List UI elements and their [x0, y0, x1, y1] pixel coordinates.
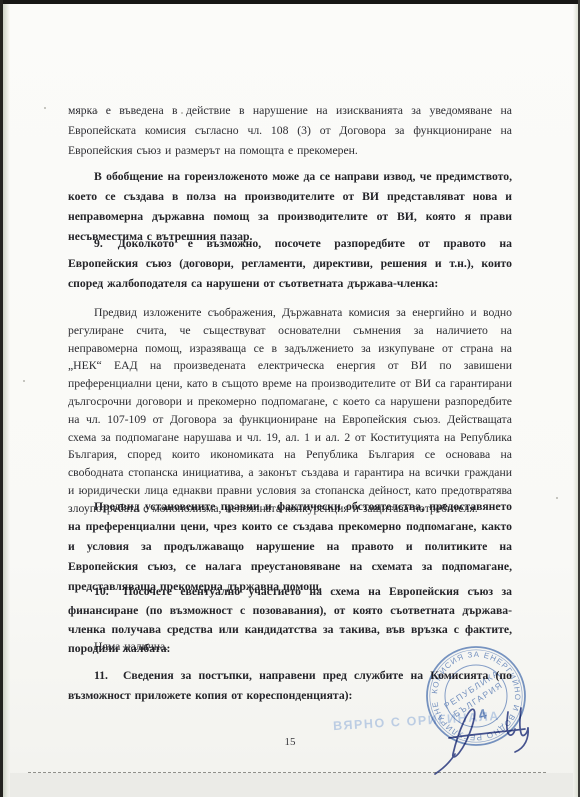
- item-9-text: Доколкото е възможно, посочете разпоредб…: [68, 237, 512, 290]
- scan-edge-top: [0, 0, 580, 4]
- signature-stroke-tail: [435, 754, 455, 774]
- scan-speck: [44, 107, 46, 109]
- signature-stroke-u2: [520, 708, 528, 735]
- paragraph-dkevr-opinion: Предвид изложените съображения, Държавна…: [68, 304, 512, 518]
- scan-speck: [23, 380, 25, 382]
- signature: [425, 692, 545, 777]
- signature-stroke-loop: [453, 709, 475, 757]
- item-9-number: 9.: [94, 237, 103, 250]
- paragraph-continuation: мярка е въведена в действие в нарушение …: [68, 101, 512, 161]
- scanned-document-page: мярка е въведена в действие в нарушение …: [0, 0, 580, 797]
- item-10-number: 10.: [94, 585, 109, 598]
- scan-speck: [556, 497, 558, 499]
- scan-edge-left: [0, 0, 3, 797]
- item-11-number: 11.: [94, 669, 108, 682]
- item-9: 9.Доколкото е възможно, посочете разпоре…: [68, 234, 512, 294]
- signature-stroke-u1: [507, 712, 515, 735]
- scan-edge-left-shadow: [3, 0, 10, 797]
